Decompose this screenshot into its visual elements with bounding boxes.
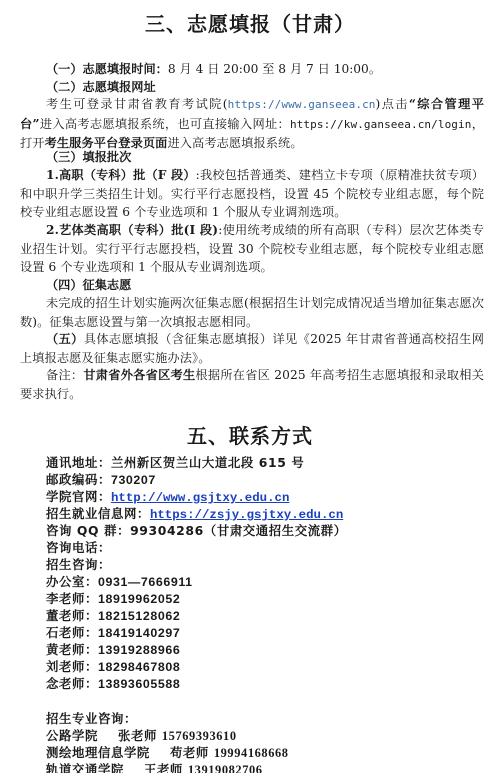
major-phone: 15769393610 <box>162 729 237 743</box>
postcode-value: 730207 <box>111 473 156 487</box>
filing-time-label: （一）志愿填报时间： <box>46 62 168 76</box>
contact-phone: 13893605588 <box>98 677 180 691</box>
contact-name: 董老师： <box>46 608 98 623</box>
major-consult-heading: 招生专业咨询： <box>46 710 137 728</box>
contact-phone: 18298467808 <box>98 660 180 674</box>
contact-name: 石老师： <box>46 625 98 640</box>
contact-row: 董老师：18215128062 <box>46 607 180 626</box>
major-row: 公路学院张老师 15769393610 <box>46 727 237 746</box>
contact-name: 黄老师： <box>46 642 98 657</box>
address-line: 通讯地址：兰州新区贺兰山大道北段 615 号 <box>46 454 304 472</box>
ganseea-link[interactable]: https://www.ganseea.cn <box>228 98 376 111</box>
qq-value: 99304286（甘肃交通招生交流群） <box>130 523 347 538</box>
batch-heading: （三）填报批次 <box>46 148 131 166</box>
text: 考生可登录甘肃省教育考试院( <box>46 97 228 111</box>
text: 进入高考志愿填报系统，也可直接输入网址： <box>40 117 290 131</box>
postcode-line: 邮政编码：730207 <box>46 471 156 490</box>
contact-phone: 13919288966 <box>98 643 180 657</box>
contact-phone: 0931—7666911 <box>98 575 193 589</box>
filing-time: （一）志愿填报时间：8 月 4 日 20:00 至 8 月 7 日 10:00。 <box>46 60 381 78</box>
contact-row: 办公室：0931—7666911 <box>46 573 193 592</box>
qq-line: 咨询 QQ 群：99304286（甘肃交通招生交流群） <box>46 522 347 540</box>
major-school: 轨道交通学院 <box>46 762 124 773</box>
note-paragraph: 备注：甘肃省外各省区考生根据所在省区 2025 年高考招生志愿填报和录取相关要求… <box>20 366 484 403</box>
contact-row: 李老师：18919962052 <box>46 590 180 609</box>
filing-url-heading: （二）志愿填报网址 <box>46 78 156 96</box>
major-teacher: 王老师 <box>144 762 183 773</box>
batch-2-label: 2.艺体类高职（专科）批(I 段) <box>46 223 218 237</box>
qq-label: 咨询 QQ 群： <box>46 523 130 538</box>
supplementary-paragraph: 未完成的招生计划实施两次征集志愿(根据招生计划完成情况适当增加征集志愿次数)。征… <box>20 294 484 331</box>
major-school: 公路学院 <box>46 728 98 743</box>
text: 进入高考志愿填报系统。 <box>167 136 302 150</box>
contact-row: 石老师：18419140297 <box>46 624 180 643</box>
website-link[interactable]: http://www.gsjtxy.edu.cn <box>111 491 289 505</box>
section-title-volunteer-filing: 三、志愿填报（甘肃） <box>0 8 500 37</box>
postcode-label: 邮政编码： <box>46 472 111 487</box>
contact-row: 念老师：13893605588 <box>46 675 180 694</box>
batch-1-label: 1.高职（专科）批（F 段） <box>46 168 196 182</box>
filing-time-value: 8 月 4 日 20:00 至 8 月 7 日 10:00。 <box>168 62 381 76</box>
jobsite-link[interactable]: https://zsjy.gsjtxy.edu.cn <box>150 508 343 522</box>
details-text: 具体志愿填报（含征集志愿填报）详见《2025 年甘肃省普通高校招生网上填报志愿及… <box>20 332 484 365</box>
contact-name: 刘老师： <box>46 659 98 674</box>
contact-phone: 18419140297 <box>98 626 180 640</box>
address-value: 兰州新区贺兰山大道北段 615 号 <box>111 455 304 470</box>
major-row: 轨道交通学院王老师 13919082706 <box>46 761 263 773</box>
contact-phone: 18919962052 <box>98 592 180 606</box>
filing-url-paragraph: 考生可登录甘肃省教育考试院(https://www.ganseea.cn)点击“… <box>20 95 484 153</box>
phone-heading: 咨询电话： <box>46 539 111 557</box>
major-phone: 13919082706 <box>188 763 263 773</box>
contact-phone: 18215128062 <box>98 609 180 623</box>
details-paragraph: （五）具体志愿填报（含征集志愿填报）详见《2025 年甘肃省普通高校招生网上填报… <box>20 330 484 367</box>
contact-row: 黄老师：13919288966 <box>46 641 180 660</box>
major-row: 测绘地理信息学院苟老师 19994168668 <box>46 744 289 763</box>
website-label: 学院官网： <box>46 489 111 504</box>
login-url[interactable]: https://kw.ganseea.cn/login <box>290 118 472 131</box>
jobsite-label: 招生就业信息网： <box>46 506 150 521</box>
contact-name: 办公室： <box>46 574 98 589</box>
details-label: （五） <box>46 332 84 346</box>
text: )点击 <box>376 97 409 111</box>
major-teacher: 张老师 <box>118 728 157 743</box>
major-school: 测绘地理信息学院 <box>46 745 150 760</box>
major-phone: 19994168668 <box>214 746 289 760</box>
contact-name: 李老师： <box>46 591 98 606</box>
note-bold: 甘肃省外各省区考生 <box>83 368 195 382</box>
admissions-heading: 招生咨询： <box>46 556 111 574</box>
section-title-contact: 五、联系方式 <box>0 420 500 449</box>
contact-name: 念老师： <box>46 676 98 691</box>
note-prefix: 备注： <box>46 368 83 382</box>
supplementary-heading: （四）征集志愿 <box>46 276 131 294</box>
contact-row: 刘老师：18298467808 <box>46 658 180 677</box>
batch-2-paragraph: 2.艺体类高职（专科）批(I 段):使用统考成绩的所有高职（专科）层次艺体类专业… <box>20 221 484 277</box>
major-teacher: 苟老师 <box>170 745 209 760</box>
batch-1-paragraph: 1.高职（专科）批（F 段）:我校包括普通类、建档立卡专项（原精准扶贫专项）和中… <box>20 166 484 222</box>
address-label: 通讯地址： <box>46 455 111 470</box>
